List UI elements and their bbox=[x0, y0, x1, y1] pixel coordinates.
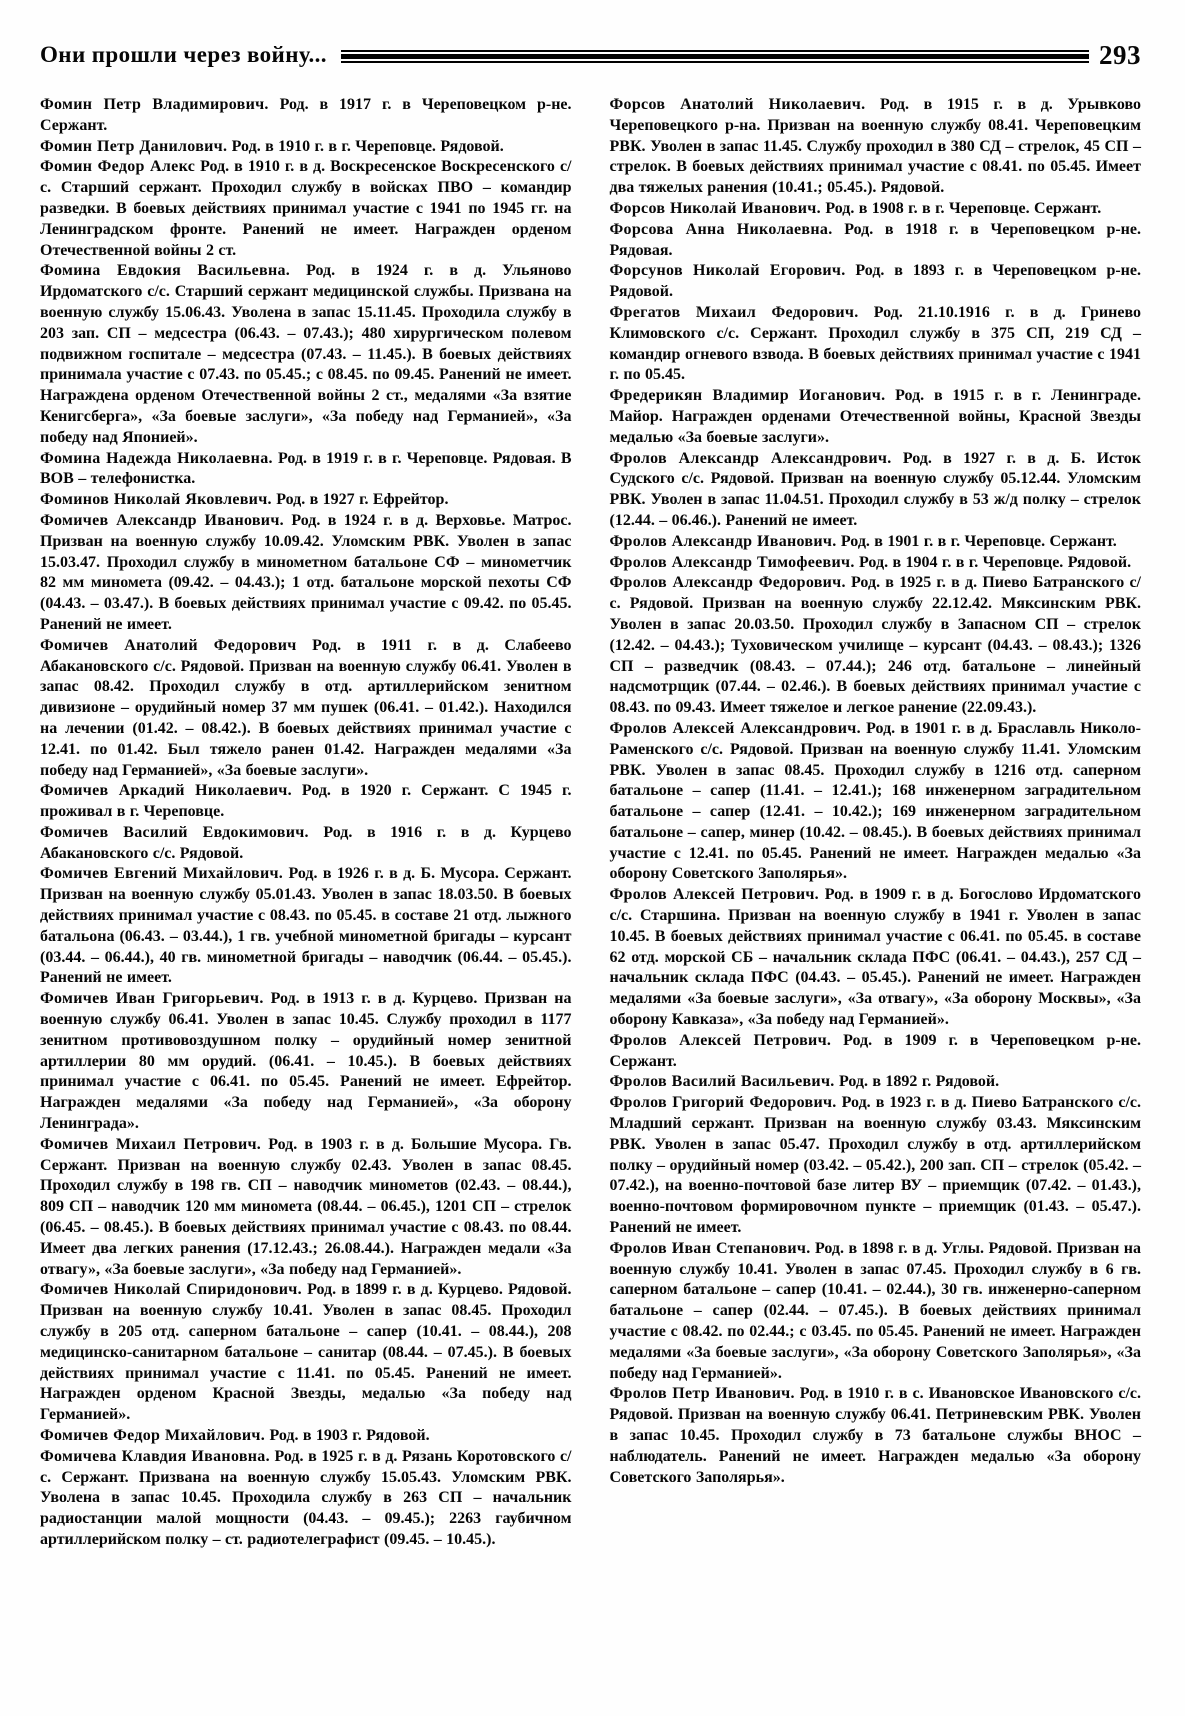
veteran-entry: Форсунов Николай Егорович. Род. в 1893 г… bbox=[610, 261, 1142, 303]
veteran-name: Фрегатов Михаил Федорович. bbox=[610, 304, 859, 321]
veteran-entry: Фролов Алексей Петрович. Род. в 1909 г. … bbox=[610, 885, 1142, 1031]
veteran-entry: Фомичев Анатолий Федорович Род. в 1911 г… bbox=[40, 636, 572, 782]
veteran-entry: Фоминов Николай Яковлевич. Род. в 1927 г… bbox=[40, 490, 572, 511]
veteran-entry: Фомичева Клавдия Ивановна. Род. в 1925 г… bbox=[40, 1447, 572, 1551]
veteran-name: Фомичев Анатолий Федорович bbox=[40, 637, 297, 654]
veteran-name: Фомина Надежда Николаевна. bbox=[40, 450, 273, 467]
veteran-name: Фролов Александр Федорович. bbox=[610, 574, 846, 591]
veteran-name: Фоминов Николай Яковлевич. bbox=[40, 491, 272, 508]
veteran-name: Фролов Алексей Петрович. bbox=[610, 886, 819, 903]
veteran-entry: Форсов Анатолий Николаевич. Род. в 1915 … bbox=[610, 95, 1142, 199]
left-column: Фомин Петр Владимирович. Род. в 1917 г. … bbox=[40, 95, 572, 1551]
veteran-entry: Фредерикян Владимир Иоганович. Род. в 19… bbox=[610, 386, 1142, 448]
veteran-name: Фомичев Михаил Петрович. bbox=[40, 1136, 261, 1153]
veteran-name: Фролов Алексей Петрович. bbox=[610, 1032, 832, 1049]
veteran-name: Фомичева Клавдия Ивановна. bbox=[40, 1448, 270, 1465]
veteran-name: Фролов Василий Васильевич. bbox=[610, 1073, 835, 1090]
veteran-entry: Фомичев Михаил Петрович. Род. в 1903 г. … bbox=[40, 1135, 572, 1281]
veteran-name: Фомин Федор Алекс bbox=[40, 158, 195, 175]
veteran-entry: Фролов Александр Александрович. Род. в 1… bbox=[610, 449, 1142, 532]
veteran-name: Фомичев Александр Иванович. bbox=[40, 512, 284, 529]
veteran-entry: Фомичев Николай Спиридонович. Род. в 189… bbox=[40, 1280, 572, 1426]
veteran-entry: Фомин Петр Владимирович. Род. в 1917 г. … bbox=[40, 95, 572, 137]
veteran-entry: Фомин Федор Алекс Род. в 1910 г. в д. Во… bbox=[40, 157, 572, 261]
veteran-entry: Фомина Евдокия Васильевна. Род. в 1924 г… bbox=[40, 261, 572, 448]
veteran-name: Фомичев Николай Спиридонович. bbox=[40, 1281, 302, 1298]
two-column-text: Фомин Петр Владимирович. Род. в 1917 г. … bbox=[40, 95, 1141, 1551]
veteran-name: Фомичев Евгений Михайлович. bbox=[40, 865, 283, 882]
veteran-name: Фролов Александр Иванович. bbox=[610, 533, 837, 550]
veteran-name: Фролов Петр Иванович. bbox=[610, 1385, 795, 1402]
veteran-name: Форсов Николай Иванович. bbox=[610, 200, 821, 217]
veteran-name: Фролов Александр Александрович. bbox=[610, 450, 892, 467]
veteran-name: Фомин Петр Владимирович. bbox=[40, 96, 269, 113]
veteran-name: Фомичев Иван Григорьевич. bbox=[40, 990, 264, 1007]
veteran-entry: Форсова Анна Николаевна. Род. в 1918 г. … bbox=[610, 220, 1142, 262]
veteran-entry: Фомичев Аркадий Николаевич. Род. в 1920 … bbox=[40, 781, 572, 823]
veteran-name: Фомин Петр Данилович. bbox=[40, 138, 227, 155]
veteran-entry: Фомичев Василий Евдокимович. Род. в 1916… bbox=[40, 823, 572, 865]
veteran-entry: Фомин Петр Данилович. Род. в 1910 г. в г… bbox=[40, 137, 572, 158]
veteran-entry: Фомичев Федор Михайлович. Род. в 1903 г.… bbox=[40, 1426, 572, 1447]
header-rule-line bbox=[341, 50, 1089, 63]
page-header: Они прошли через войну... 293 bbox=[40, 38, 1141, 71]
veteran-entry: Форсов Николай Иванович. Род. в 1908 г. … bbox=[610, 199, 1142, 220]
veteran-name: Фомина Евдокия Васильевна. bbox=[40, 262, 290, 279]
right-column: Форсов Анатолий Николаевич. Род. в 1915 … bbox=[610, 95, 1142, 1551]
veteran-name: Фролов Алексей Александрович. bbox=[610, 720, 861, 737]
veteran-name: Фомичев Федор Михайлович. bbox=[40, 1427, 265, 1444]
veteran-entry: Фролов Василий Васильевич. Род. в 1892 г… bbox=[610, 1072, 1142, 1093]
book-page: Они прошли через войну... 293 Фомин Петр… bbox=[0, 0, 1185, 1716]
page-title: Они прошли через войну... bbox=[40, 42, 327, 68]
veteran-entry: Фрегатов Михаил Федорович. Род. 21.10.19… bbox=[610, 303, 1142, 386]
page-number: 293 bbox=[1099, 40, 1141, 71]
veteran-entry: Фролов Александр Тимофеевич. Род. в 1904… bbox=[610, 553, 1142, 574]
veteran-entry: Фролов Александр Федорович. Род. в 1925 … bbox=[610, 573, 1142, 719]
veteran-name: Фомичев Аркадий Николаевич. bbox=[40, 782, 292, 799]
veteran-entry: Фомина Надежда Николаевна. Род. в 1919 г… bbox=[40, 449, 572, 491]
veteran-name: Фролов Иван Степанович. bbox=[610, 1240, 811, 1257]
veteran-entry: Фролов Петр Иванович. Род. в 1910 г. в с… bbox=[610, 1384, 1142, 1488]
veteran-entry: Фомичев Александр Иванович. Род. в 1924 … bbox=[40, 511, 572, 636]
veteran-name: Фролов Александр Тимофеевич. bbox=[610, 554, 855, 571]
veteran-name: Фролов Григорий Федорович. bbox=[610, 1094, 837, 1111]
veteran-name: Форсова Анна Николаевна. bbox=[610, 221, 833, 238]
veteran-entry: Фролов Алексей Петрович. Род. в 1909 г. … bbox=[610, 1031, 1142, 1073]
veteran-name: Фомичев Василий Евдокимович. bbox=[40, 824, 309, 841]
veteran-name: Фредерикян Владимир Иоганович. bbox=[610, 387, 886, 404]
veteran-entry: Фролов Александр Иванович. Род. в 1901 г… bbox=[610, 532, 1142, 553]
veteran-entry: Фролов Григорий Федорович. Род. в 1923 г… bbox=[610, 1093, 1142, 1239]
veteran-name: Форсов Анатолий Николаевич. bbox=[610, 96, 866, 113]
veteran-entry: Фомичев Евгений Михайлович. Род. в 1926 … bbox=[40, 864, 572, 989]
veteran-entry: Фролов Иван Степанович. Род. в 1898 г. в… bbox=[610, 1239, 1142, 1385]
veteran-name: Форсунов Николай Егорович. bbox=[610, 262, 846, 279]
veteran-entry: Фомичев Иван Григорьевич. Род. в 1913 г.… bbox=[40, 989, 572, 1135]
veteran-entry: Фролов Алексей Александрович. Род. в 190… bbox=[610, 719, 1142, 885]
